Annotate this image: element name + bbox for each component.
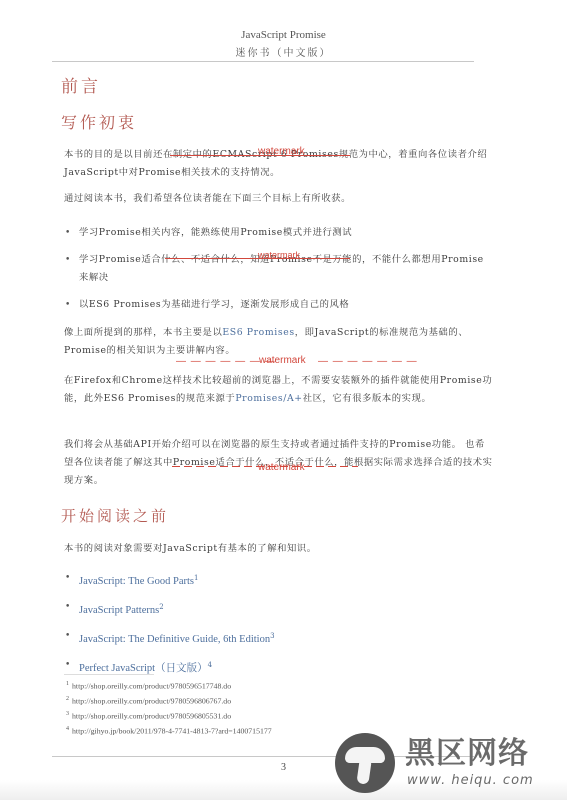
footnote-ref[interactable]: 1 bbox=[194, 574, 199, 582]
promises-aplus-link[interactable]: Promises/A+ bbox=[235, 393, 302, 404]
section-heading-before-reading: 开始阅读之前 bbox=[61, 505, 169, 526]
book-subtitle: 迷你书（中文版） bbox=[0, 47, 567, 61]
mushroom-icon bbox=[335, 733, 395, 793]
list-item: 以ES6 Promises为基础进行学习，逐渐发展形成自己的风格 bbox=[62, 296, 492, 314]
footnote: 1http://shop.oreilly.com/product/9780596… bbox=[66, 678, 272, 693]
site-logo: 黑区网络 www. heiqu. com bbox=[335, 733, 565, 800]
book-list: JavaScript: The Good Parts1 JavaScript P… bbox=[62, 569, 492, 685]
goals-list: 学习Promise相关内容，能熟练使用Promise模式并进行测试 学习Prom… bbox=[62, 224, 492, 323]
footnote-ref[interactable]: 2 bbox=[159, 603, 164, 611]
document-page: JavaScript Promise 迷你书（中文版） 前言 写作初衷 本书的目… bbox=[0, 0, 567, 800]
list-item: 学习Promise相关内容，能熟练使用Promise模式并进行测试 bbox=[62, 224, 492, 242]
running-header: JavaScript Promise 迷你书（中文版） bbox=[0, 28, 567, 61]
list-item: Perfect JavaScript（日文版）4 bbox=[62, 656, 492, 678]
footnote: 2http://shop.oreilly.com/product/9780596… bbox=[66, 693, 272, 708]
watermark-dashes-right: — — — — — — — bbox=[318, 356, 418, 367]
section-heading-purpose: 写作初衷 bbox=[61, 110, 137, 133]
watermark-text: watermark bbox=[258, 250, 300, 260]
list-item: JavaScript Patterns2 bbox=[62, 598, 492, 620]
es6-promises-link[interactable]: ES6 Promises bbox=[222, 327, 294, 338]
footnote-divider bbox=[64, 674, 154, 675]
paragraph-goals-intro: 通过阅读本书，我们希望各位读者能在下面三个目标上有所收获。 bbox=[64, 190, 494, 208]
watermark-text: watermark bbox=[258, 146, 305, 157]
book-link[interactable]: JavaScript: The Definitive Guide, 6th Ed… bbox=[79, 634, 270, 645]
footnote: 3http://shop.oreilly.com/product/9780596… bbox=[66, 708, 272, 723]
list-item: JavaScript: The Good Parts1 bbox=[62, 569, 492, 591]
book-title: JavaScript Promise bbox=[0, 28, 567, 42]
book-link[interactable]: Perfect JavaScript（日文版） bbox=[79, 663, 208, 674]
footnote: 4http://gihyo.jp/book/2011/978-4-7741-48… bbox=[66, 723, 272, 738]
paragraph-browser-support: 在Firefox和Chrome这样技术比较超前的浏览器上，不需要安装额外的插件就… bbox=[64, 372, 494, 408]
logo-url-text: www. heiqu. com bbox=[407, 773, 534, 788]
paragraph-audience: 本书的阅读对象需要对JavaScript有基本的了解和知识。 bbox=[64, 540, 494, 558]
book-link[interactable]: JavaScript Patterns bbox=[79, 605, 159, 616]
book-link[interactable]: JavaScript: The Good Parts bbox=[79, 576, 194, 587]
watermark-text: watermark bbox=[258, 462, 305, 473]
watermark-text: watermark bbox=[259, 355, 306, 366]
header-divider bbox=[52, 61, 474, 62]
chapter-title: 前言 bbox=[61, 72, 101, 97]
footnotes: 1http://shop.oreilly.com/product/9780596… bbox=[66, 678, 272, 738]
logo-brand-text: 黑区网络 bbox=[405, 737, 529, 771]
footnote-ref[interactable]: 3 bbox=[270, 632, 275, 640]
list-item: JavaScript: The Definitive Guide, 6th Ed… bbox=[62, 627, 492, 649]
footnote-ref[interactable]: 4 bbox=[208, 661, 213, 669]
